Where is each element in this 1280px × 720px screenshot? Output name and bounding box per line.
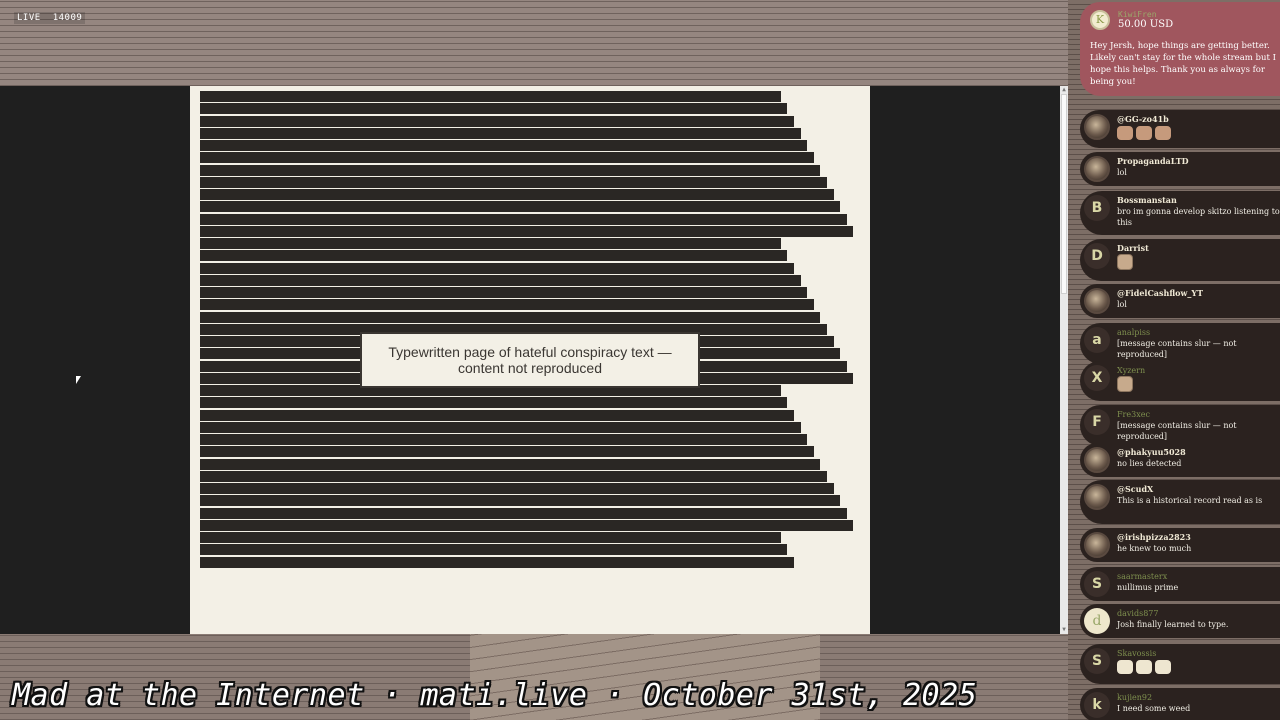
chat-username[interactable]: @irishpizza2823	[1117, 532, 1280, 543]
user-avatar-letter[interactable]: S	[1084, 648, 1110, 674]
chat-text: lol	[1117, 299, 1280, 310]
chat-message: FFre3xec[message contains slur — not rep…	[1080, 405, 1280, 446]
chat-message: @GG-zo41b	[1080, 110, 1280, 148]
emote-icon	[1117, 254, 1133, 270]
document-line-redacted	[200, 410, 794, 421]
document-line-redacted	[200, 520, 853, 531]
user-avatar-letter[interactable]: X	[1084, 365, 1110, 391]
chat-message: BBossmanstanbro im gonna develop skitzo …	[1080, 191, 1280, 235]
emote-row	[1117, 125, 1280, 144]
document-line-redacted	[200, 189, 834, 200]
scroll-down-arrow[interactable]: ▼	[1060, 626, 1068, 634]
user-avatar-image[interactable]	[1084, 288, 1110, 314]
document-line-redacted	[200, 422, 801, 433]
document-line-redacted	[200, 177, 827, 188]
document-line-redacted	[200, 471, 827, 482]
emote-icon	[1117, 126, 1133, 140]
mouse-cursor-icon	[76, 376, 81, 384]
document-line-redacted	[200, 275, 801, 286]
live-indicator: LIVE14009	[14, 12, 85, 24]
emote-icon	[1136, 660, 1152, 674]
background-newspaper-top	[0, 0, 1080, 86]
user-avatar-letter[interactable]: d	[1084, 608, 1110, 634]
chat-username[interactable]: @ScudX	[1117, 484, 1280, 495]
chat-message: @ScudXThis is a historical record read a…	[1080, 480, 1280, 524]
document-line-redacted	[200, 312, 820, 323]
document-line-redacted	[200, 532, 781, 543]
chat-text: I need some weed	[1117, 703, 1280, 714]
user-avatar-letter[interactable]: B	[1084, 195, 1110, 221]
chat-message: DDarrist	[1080, 239, 1280, 281]
chat-text: nullimus prime	[1117, 582, 1280, 593]
document-line-redacted	[200, 214, 847, 225]
redaction-notice: Typewritten page of hateful conspiracy t…	[360, 332, 700, 388]
document-scrollbar[interactable]: ▲ ▼	[1060, 86, 1068, 634]
chat-username[interactable]: analpiss	[1117, 327, 1280, 338]
chat-username[interactable]: saarmasterx	[1117, 571, 1280, 582]
document-line-redacted	[200, 238, 781, 249]
chat-username[interactable]: @GG-zo41b	[1117, 114, 1280, 125]
scroll-up-arrow[interactable]: ▲	[1060, 86, 1068, 94]
chat-username[interactable]: @phakyuu5028	[1117, 447, 1280, 458]
document-line-redacted	[200, 226, 853, 237]
chat-username[interactable]: Fre3xec	[1117, 409, 1280, 420]
donation-amount: 50.00 USD	[1118, 19, 1173, 31]
chat-username[interactable]: davids877	[1117, 608, 1280, 619]
chat-message: @FidelCashflow_YTlol	[1080, 284, 1280, 318]
chat-username[interactable]: Skavossis	[1117, 648, 1280, 659]
stream-caption: Mad at the Internet · mati.live · Octobe…	[12, 678, 977, 713]
chat-text: [message contains slur — not reproduced]	[1117, 420, 1280, 442]
user-avatar-letter[interactable]: F	[1084, 409, 1110, 435]
document-line-redacted	[200, 508, 847, 519]
user-avatar-image[interactable]	[1084, 447, 1110, 473]
emote-icon	[1117, 660, 1133, 674]
chat-text: he knew too much	[1117, 543, 1280, 554]
user-avatar-image[interactable]	[1084, 532, 1110, 558]
emote-icon	[1117, 376, 1133, 392]
document-line-redacted	[200, 116, 794, 127]
document-line-redacted	[200, 557, 794, 568]
chat-message: kkujien92I need some weed	[1080, 688, 1280, 720]
document-line-redacted	[200, 287, 807, 298]
user-avatar-letter[interactable]: S	[1084, 571, 1110, 597]
chat-text: Josh finally learned to type.	[1117, 619, 1280, 630]
live-label: LIVE	[17, 13, 41, 23]
chat-message: @phakyuu5028no lies detected	[1080, 443, 1280, 477]
emote-icon	[1136, 126, 1152, 140]
emote-row	[1117, 376, 1280, 396]
document-line-redacted	[200, 544, 787, 555]
donor-avatar: K	[1090, 10, 1110, 30]
chat-message: Ssaarmasterxnullimus prime	[1080, 567, 1280, 601]
document-line-redacted	[200, 483, 834, 494]
chat-username[interactable]: Darrist	[1117, 243, 1280, 254]
document-line-redacted	[200, 128, 801, 139]
document-line-redacted	[200, 397, 787, 408]
emote-icon	[1155, 126, 1171, 140]
document-line-redacted	[200, 165, 820, 176]
chat-text: bro im gonna develop skitzo listening to…	[1117, 206, 1280, 228]
document-line-redacted	[200, 103, 787, 114]
chat-text: no lies detected	[1117, 458, 1280, 469]
chat-panel: K KiwiFren 50.00 USD Hey Jersh, hope thi…	[1068, 0, 1280, 720]
chat-username[interactable]: Bossmanstan	[1117, 195, 1280, 206]
emote-row	[1117, 659, 1280, 678]
document-line-redacted	[200, 446, 814, 457]
chat-message: XXyzern	[1080, 361, 1280, 401]
document-line-redacted	[200, 299, 814, 310]
chat-message: aanalpiss[message contains slur — not re…	[1080, 323, 1280, 364]
document-page: Typewritten page of hateful conspiracy t…	[190, 86, 870, 634]
chat-username[interactable]: PropagandaLTD	[1117, 156, 1280, 167]
viewer-count: 14009	[53, 13, 83, 23]
document-line-redacted	[200, 434, 807, 445]
user-avatar-image[interactable]	[1084, 114, 1110, 140]
document-line-redacted	[200, 495, 840, 506]
document-line-redacted	[200, 250, 787, 261]
document-line-redacted	[200, 91, 781, 102]
donor-name: KiwiFren	[1118, 10, 1173, 19]
document-line-redacted	[200, 263, 794, 274]
document-line-redacted	[200, 140, 807, 151]
donation-text: Hey Jersh, hope things are getting bette…	[1090, 40, 1280, 88]
chat-message: SSkavossis	[1080, 644, 1280, 684]
emote-row	[1117, 254, 1280, 274]
scroll-thumb[interactable]	[1061, 94, 1067, 294]
document-line-redacted	[200, 201, 840, 212]
video-player[interactable]: Typewritten page of hateful conspiracy t…	[0, 86, 1068, 634]
donation-message: K KiwiFren 50.00 USD Hey Jersh, hope thi…	[1080, 2, 1280, 96]
chat-message: ddavids877Josh finally learned to type.	[1080, 604, 1280, 638]
user-avatar-image[interactable]	[1084, 484, 1110, 510]
emote-icon	[1155, 660, 1171, 674]
user-avatar-image[interactable]	[1084, 156, 1110, 182]
chat-username[interactable]: @FidelCashflow_YT	[1117, 288, 1280, 299]
user-avatar-letter[interactable]: D	[1084, 243, 1110, 269]
chat-text: lol	[1117, 167, 1280, 178]
document-line-redacted	[200, 152, 814, 163]
chat-message: @irishpizza2823he knew too much	[1080, 528, 1280, 562]
document-line-redacted	[200, 459, 820, 470]
chat-username[interactable]: Xyzern	[1117, 365, 1280, 376]
chat-username[interactable]: kujien92	[1117, 692, 1280, 703]
user-avatar-letter[interactable]: k	[1084, 692, 1110, 718]
chat-text: This is a historical record read as is	[1117, 495, 1280, 506]
user-avatar-letter[interactable]: a	[1084, 327, 1110, 353]
chat-message: PropagandaLTDlol	[1080, 152, 1280, 186]
chat-text: [message contains slur — not reproduced]	[1117, 338, 1280, 360]
